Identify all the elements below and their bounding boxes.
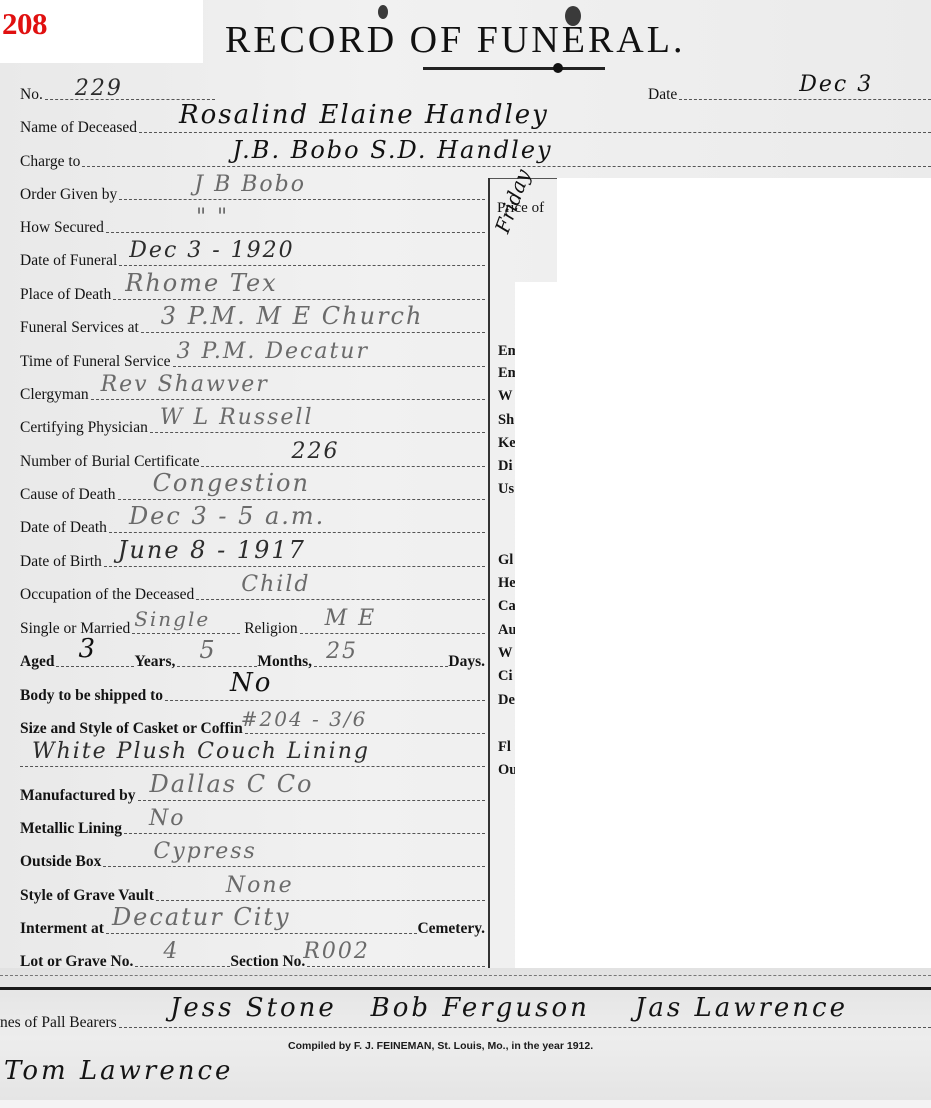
field-casket-size-style: Size and Style of Casket or Coffin #204 … bbox=[20, 714, 485, 738]
field-value: #204 - 3/6 bbox=[241, 707, 368, 731]
field-occupation: Occupation of the Deceased Child bbox=[20, 580, 485, 604]
field-line: 3 P.M. Decatur bbox=[173, 366, 485, 367]
field-value: No bbox=[149, 806, 186, 831]
field-manufactured-by: Manufactured by Dallas C Co bbox=[20, 781, 485, 805]
field-label: Occupation of the Deceased bbox=[20, 586, 194, 604]
field-value: 3 P.M. M E Church bbox=[161, 302, 424, 330]
field-label: Size and Style of Casket or Coffin bbox=[20, 720, 243, 738]
right-truncated-label: Fl bbox=[498, 739, 515, 756]
field-line: Dec 3 bbox=[679, 99, 931, 100]
field-line: M E bbox=[300, 633, 485, 634]
field-line: No bbox=[124, 833, 485, 834]
field-line: Rosalind Elaine Handley bbox=[139, 132, 931, 133]
field-label: How Secured bbox=[20, 219, 104, 237]
field-how-secured: How Secured " " bbox=[20, 213, 485, 237]
page-edge bbox=[0, 1100, 931, 1108]
field-date-of-funeral: Date of Funeral Dec 3 - 1920 bbox=[20, 246, 485, 270]
field-line: 5 bbox=[177, 666, 257, 667]
field-grave-vault-style: Style of Grave Vault None bbox=[20, 881, 485, 905]
field-order-given-by: Order Given by J B Bobo bbox=[20, 180, 485, 204]
field-date-of-birth: Date of Birth June 8 - 1917 bbox=[20, 547, 485, 571]
field-label: Manufactured by bbox=[20, 787, 136, 805]
field-line: Decatur City bbox=[106, 933, 418, 934]
field-label: Date bbox=[648, 86, 677, 104]
field-body-shipped-to: Body to be shipped to No bbox=[20, 681, 485, 705]
field-value: Dec 3 bbox=[799, 72, 873, 97]
pall-bearer-name: Tom Lawrence bbox=[4, 1056, 233, 1086]
pall-bearer-names: Jess Stone Bob Ferguson Jas Lawrence bbox=[170, 993, 848, 1023]
field-label: Cause of Death bbox=[20, 486, 116, 504]
right-truncated-label: Sh bbox=[498, 412, 515, 429]
field-line: W L Russell bbox=[150, 432, 485, 433]
form-compiler-credit: Compiled by F. J. FEINEMAN, St. Louis, M… bbox=[288, 1040, 593, 1052]
field-label: Certifying Physician bbox=[20, 419, 148, 437]
field-value: Cypress bbox=[153, 839, 256, 864]
field-charge-to: Charge to J.B. Bobo S.D. Handley bbox=[20, 147, 931, 171]
field-interment-at: Interment at Decatur City Cemetery. bbox=[20, 914, 485, 938]
section-value: R002 bbox=[303, 939, 370, 964]
field-line: 25 bbox=[314, 666, 448, 667]
field-line: J B Bobo bbox=[119, 199, 485, 200]
field-label: Date of Death bbox=[20, 519, 107, 537]
funeral-record-page: 208 RECORD OF FUNERAL. No. 229 Date Dec … bbox=[0, 0, 931, 1108]
field-funeral-services-at: Funeral Services at 3 P.M. M E Church bbox=[20, 313, 485, 337]
field-value: Single bbox=[134, 607, 210, 631]
field-value: No bbox=[230, 668, 272, 698]
field-label: nes of Pall Bearers bbox=[0, 1014, 117, 1032]
right-truncated-label: Us bbox=[498, 481, 515, 498]
pall-bearer-name: Bob Ferguson bbox=[371, 993, 590, 1023]
field-value: Child bbox=[241, 572, 310, 597]
field-line: #204 - 3/6 bbox=[245, 733, 485, 734]
field-date: Date Dec 3 bbox=[648, 80, 931, 104]
form-title: RECORD OF FUNERAL. bbox=[225, 18, 685, 62]
section-rule bbox=[0, 987, 931, 990]
right-truncated-label: Di bbox=[498, 458, 515, 475]
field-label: No. bbox=[20, 86, 43, 104]
pall-bearer-name: Jess Stone bbox=[170, 993, 337, 1023]
field-date-of-death: Date of Death Dec 3 - 5 a.m. bbox=[20, 513, 485, 537]
field-value: Dallas C Co bbox=[150, 770, 314, 798]
field-line: 4 bbox=[135, 966, 230, 967]
months-value: 5 bbox=[199, 636, 216, 664]
field-cause-of-death: Cause of Death Congestion bbox=[20, 480, 485, 504]
field-place-of-death: Place of Death Rhome Tex bbox=[20, 280, 485, 304]
field-line: Rev Shawver bbox=[91, 399, 485, 400]
field-casket-description: White Plush Couch Lining bbox=[20, 747, 485, 771]
field-value: W L Russell bbox=[160, 405, 314, 430]
field-label: Charge to bbox=[20, 153, 80, 171]
field-outside-box: Outside Box Cypress bbox=[20, 847, 485, 871]
page-number-box: 208 bbox=[0, 0, 203, 63]
field-metallic-lining: Metallic Lining No bbox=[20, 814, 485, 838]
field-value: June 8 - 1917 bbox=[118, 536, 306, 564]
field-value: Congestion bbox=[153, 469, 310, 497]
field-label: Date of Birth bbox=[20, 553, 102, 571]
field-label: Outside Box bbox=[20, 853, 101, 871]
pall-bearer-name: Jas Lawrence bbox=[635, 993, 848, 1023]
field-line: Dec 3 - 1920 bbox=[119, 265, 485, 266]
field-value: None bbox=[226, 873, 294, 898]
field-line: R002 bbox=[307, 966, 485, 967]
field-label: Interment at bbox=[20, 920, 104, 938]
page-number: 208 bbox=[2, 6, 47, 42]
field-value: 4 bbox=[163, 939, 179, 964]
field-value: J.B. Bobo S.D. Handley bbox=[232, 136, 552, 164]
field-line: Dallas C Co bbox=[138, 800, 485, 801]
field-line: " " bbox=[106, 232, 485, 233]
field-line: 3 bbox=[56, 666, 134, 667]
field-line: 226 bbox=[201, 466, 485, 467]
field-line: None bbox=[156, 900, 485, 901]
field-value: 229 bbox=[75, 76, 123, 101]
field-label: Aged bbox=[20, 653, 54, 671]
cemetery-label: Cemetery. bbox=[417, 920, 485, 938]
days-value: 25 bbox=[326, 639, 358, 664]
field-label: Time of Funeral Service bbox=[20, 353, 171, 371]
right-truncated-label: Em bbox=[498, 365, 515, 382]
religion-label: Religion bbox=[244, 620, 297, 638]
right-truncated-label: Ke bbox=[498, 435, 515, 452]
field-line: Dec 3 - 5 a.m. bbox=[109, 532, 485, 533]
days-label: Days. bbox=[448, 653, 485, 671]
field-label: Clergyman bbox=[20, 386, 89, 404]
title-rule bbox=[423, 67, 605, 70]
field-value: 226 bbox=[291, 439, 339, 464]
field-line: Child bbox=[196, 599, 485, 600]
field-line: Cypress bbox=[103, 866, 485, 867]
field-label: Date of Funeral bbox=[20, 252, 117, 270]
right-truncated-label: W bbox=[498, 388, 515, 405]
field-name-of-deceased: Name of Deceased Rosalind Elaine Handley bbox=[20, 113, 931, 137]
years-label: Years, bbox=[134, 653, 175, 671]
field-value: White Plush Couch Lining bbox=[32, 739, 370, 764]
field-value: Dec 3 - 5 a.m. bbox=[129, 502, 325, 530]
field-label: Order Given by bbox=[20, 186, 117, 204]
religion-value: M E bbox=[325, 606, 377, 631]
field-label: Body to be shipped to bbox=[20, 687, 163, 705]
redacted-region bbox=[557, 178, 931, 283]
right-truncated-label: He bbox=[498, 575, 515, 592]
field-value: Rosalind Elaine Handley bbox=[179, 100, 549, 130]
field-value: Dec 3 - 1920 bbox=[129, 238, 294, 263]
field-line: June 8 - 1917 bbox=[104, 566, 485, 567]
field-certifying-physician: Certifying Physician W L Russell bbox=[20, 413, 485, 437]
field-line: No bbox=[165, 700, 485, 701]
column-divider bbox=[488, 178, 490, 968]
field-line: Congestion bbox=[118, 499, 485, 500]
field-line: Rhome Tex bbox=[113, 299, 485, 300]
field-line bbox=[119, 1027, 931, 1028]
field-value: Decatur City bbox=[112, 903, 291, 931]
right-truncated-label: De bbox=[498, 692, 515, 709]
field-burial-certificate-number: Number of Burial Certificate 226 bbox=[20, 447, 485, 471]
right-truncated-label: Ca bbox=[498, 598, 515, 615]
field-label: Place of Death bbox=[20, 286, 111, 304]
field-value: Rhome Tex bbox=[125, 269, 277, 297]
field-line: J.B. Bobo S.D. Handley bbox=[82, 166, 931, 167]
field-label: Metallic Lining bbox=[20, 820, 122, 838]
right-truncated-label: Ou bbox=[498, 762, 515, 779]
right-truncated-label: W bbox=[498, 645, 515, 662]
years-value: 3 bbox=[78, 634, 97, 664]
field-line: White Plush Couch Lining bbox=[20, 766, 485, 767]
right-truncated-label: Au bbox=[498, 622, 515, 639]
field-value: Rev Shawver bbox=[101, 372, 269, 397]
field-label: Funeral Services at bbox=[20, 319, 139, 337]
right-truncated-label: Em bbox=[498, 343, 515, 360]
field-line: Single bbox=[132, 633, 240, 634]
section-dotted-rule bbox=[0, 975, 931, 976]
field-time-of-funeral-service: Time of Funeral Service 3 P.M. Decatur bbox=[20, 347, 485, 371]
field-line: 3 P.M. M E Church bbox=[141, 332, 485, 333]
field-label: Single or Married bbox=[20, 620, 130, 638]
field-clergyman: Clergyman Rev Shawver bbox=[20, 380, 485, 404]
ink-blot bbox=[378, 5, 388, 19]
right-truncated-label: Ci bbox=[498, 668, 515, 685]
redacted-region bbox=[515, 282, 931, 968]
field-value: " " bbox=[196, 205, 229, 230]
field-label: Name of Deceased bbox=[20, 119, 137, 137]
field-value: 3 P.M. Decatur bbox=[177, 339, 369, 364]
right-truncated-label: Gl bbox=[498, 552, 515, 569]
title-dot bbox=[553, 63, 563, 73]
field-value: J B Bobo bbox=[194, 172, 306, 197]
